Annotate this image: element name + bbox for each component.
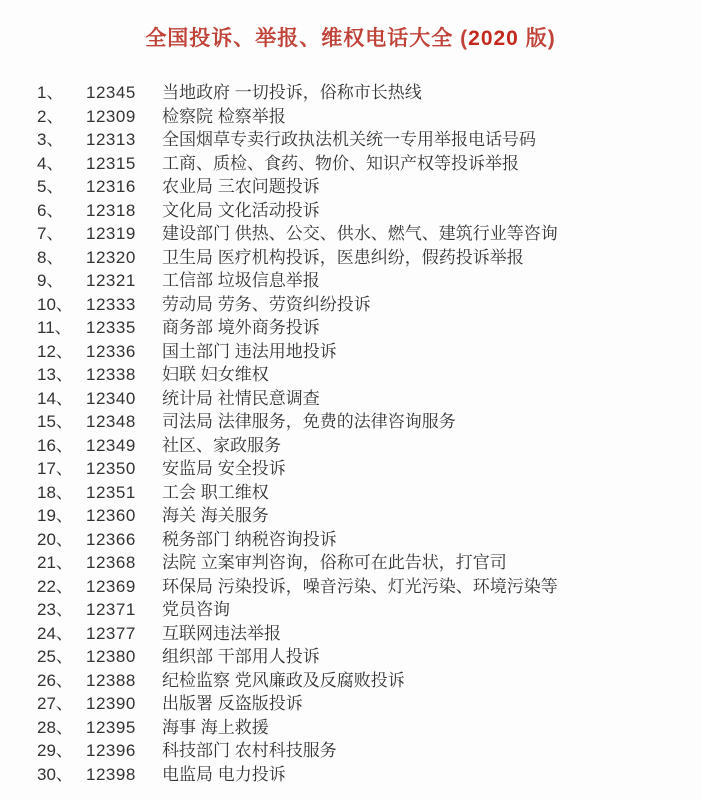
item-phone-number: 12366: [86, 528, 143, 552]
item-phone-number: 12309: [86, 105, 143, 129]
item-phone-number: 12318: [86, 199, 143, 223]
item-phone-number: 12388: [86, 669, 143, 693]
hotline-list-item: 26、 12388 纪检监察 党风廉政及反腐败投诉: [37, 669, 701, 693]
hotline-list-item: 12、 12336 国土部门 违法用地投诉: [37, 340, 701, 364]
item-description: 建设部门 供热、公交、供水、燃气、建筑行业等咨询: [162, 222, 701, 246]
item-index: 17、: [37, 457, 86, 481]
item-index: 3、: [37, 128, 86, 152]
item-index: 27、: [37, 692, 86, 716]
item-phone-number: 12360: [86, 504, 143, 528]
title-prefix: 全国投诉、举报、维权电话大全 (: [145, 27, 468, 50]
item-index: 5、: [37, 175, 86, 199]
hotline-list-item: 20、 12366 税务部门 纳税咨询投诉: [37, 528, 701, 552]
item-description: 出版署 反盗版投诉: [162, 692, 701, 716]
item-index: 28、: [37, 716, 86, 740]
item-description: 国土部门 违法用地投诉: [162, 340, 701, 364]
item-index: 16、: [37, 434, 86, 458]
item-index: 29、: [37, 739, 86, 763]
hotline-list-item: 29、 12396 科技部门 农村科技服务: [37, 739, 701, 763]
item-phone-number: 12320: [86, 246, 143, 270]
item-index: 23、: [37, 598, 86, 622]
hotline-list-item: 18、 12351 工会 职工维权: [37, 481, 701, 505]
title-year: 2020: [468, 27, 519, 50]
item-description: 全国烟草专卖行政执法机关统一专用举报电话号码: [162, 128, 701, 152]
item-phone-number: 12313: [86, 128, 143, 152]
item-description: 当地政府 一切投诉，俗称市长热线: [162, 81, 701, 105]
item-index: 19、: [37, 504, 86, 528]
hotline-list-item: 27、 12390 出版署 反盗版投诉: [37, 692, 701, 716]
item-index: 4、: [37, 152, 86, 176]
item-description: 科技部门 农村科技服务: [162, 739, 701, 763]
item-phone-number: 12315: [86, 152, 143, 176]
item-phone-number: 12398: [86, 763, 143, 787]
item-description: 卫生局 医疗机构投诉，医患纠纷，假药投诉举报: [162, 246, 701, 270]
item-description: 工会 职工维权: [162, 481, 701, 505]
hotline-list-item: 15、 12348 司法局 法律服务，免费的法律咨询服务: [37, 410, 701, 434]
item-description: 海事 海上救援: [162, 716, 701, 740]
item-index: 11、: [37, 316, 86, 340]
item-description: 统计局 社情民意调查: [162, 387, 701, 411]
item-index: 20、: [37, 528, 86, 552]
item-phone-number: 12316: [86, 175, 143, 199]
hotline-list-item: 24、 12377 互联网违法举报: [37, 622, 701, 646]
item-index: 9、: [37, 269, 86, 293]
item-description: 互联网违法举报: [162, 622, 701, 646]
item-index: 30、: [37, 763, 86, 787]
item-phone-number: 12390: [86, 692, 143, 716]
hotline-list-item: 11、 12335 商务部 境外商务投诉: [37, 316, 701, 340]
item-index: 12、: [37, 340, 86, 364]
item-description: 纪检监察 党风廉政及反腐败投诉: [162, 669, 701, 693]
hotline-list-item: 9、 12321 工信部 垃圾信息举报: [37, 269, 701, 293]
item-description: 环保局 污染投诉，噪音污染、灯光污染、环境污染等: [162, 575, 701, 599]
item-phone-number: 12340: [86, 387, 143, 411]
page-title: 全国投诉、举报、维权电话大全 (2020 版): [0, 0, 701, 52]
hotline-list-item: 21、 12368 法院 立案审判咨询，俗称可在此告状，打官司: [37, 551, 701, 575]
hotline-list-item: 8、 12320 卫生局 医疗机构投诉，医患纠纷，假药投诉举报: [37, 246, 701, 270]
item-index: 26、: [37, 669, 86, 693]
hotline-list-item: 14、 12340 统计局 社情民意调查: [37, 387, 701, 411]
item-index: 1、: [37, 81, 86, 105]
title-suffix: 版): [519, 27, 556, 50]
hotline-list-item: 5、 12316 农业局 三农问题投诉: [37, 175, 701, 199]
item-phone-number: 12368: [86, 551, 143, 575]
item-phone-number: 12396: [86, 739, 143, 763]
hotline-list-item: 19、 12360 海关 海关服务: [37, 504, 701, 528]
item-phone-number: 12349: [86, 434, 143, 458]
item-index: 10、: [37, 293, 86, 317]
item-index: 6、: [37, 199, 86, 223]
item-phone-number: 12348: [86, 410, 143, 434]
hotline-list-item: 22、 12369 环保局 污染投诉，噪音污染、灯光污染、环境污染等: [37, 575, 701, 599]
item-phone-number: 12321: [86, 269, 143, 293]
item-phone-number: 12319: [86, 222, 143, 246]
hotline-list-item: 3、 12313 全国烟草专卖行政执法机关统一专用举报电话号码: [37, 128, 701, 152]
hotline-list-item: 25、 12380 组织部 干部用人投诉: [37, 645, 701, 669]
item-description: 海关 海关服务: [162, 504, 701, 528]
item-description: 司法局 法律服务，免费的法律咨询服务: [162, 410, 701, 434]
item-index: 15、: [37, 410, 86, 434]
hotline-list-item: 2、 12309 检察院 检察举报: [37, 105, 701, 129]
hotline-list-item: 28、 12395 海事 海上救援: [37, 716, 701, 740]
item-phone-number: 12351: [86, 481, 143, 505]
item-description: 安监局 安全投诉: [162, 457, 701, 481]
hotline-list-item: 1、 12345 当地政府 一切投诉，俗称市长热线: [37, 81, 701, 105]
item-phone-number: 12377: [86, 622, 143, 646]
item-description: 法院 立案审判咨询，俗称可在此告状，打官司: [162, 551, 701, 575]
item-description: 检察院 检察举报: [162, 105, 701, 129]
item-description: 组织部 干部用人投诉: [162, 645, 701, 669]
hotline-list-item: 4、 12315 工商、质检、食药、物价、知识产权等投诉举报: [37, 152, 701, 176]
item-phone-number: 12395: [86, 716, 143, 740]
hotline-list-item: 13、 12338 妇联 妇女维权: [37, 363, 701, 387]
item-index: 2、: [37, 105, 86, 129]
item-description: 文化局 文化活动投诉: [162, 199, 701, 223]
item-description: 社区、家政服务: [162, 434, 701, 458]
item-description: 农业局 三农问题投诉: [162, 175, 701, 199]
item-phone-number: 12350: [86, 457, 143, 481]
item-description: 税务部门 纳税咨询投诉: [162, 528, 701, 552]
item-phone-number: 12338: [86, 363, 143, 387]
item-index: 22、: [37, 575, 86, 599]
hotline-list-item: 10、 12333 劳动局 劳务、劳资纠纷投诉: [37, 293, 701, 317]
item-description: 党员咨询: [162, 598, 701, 622]
item-description: 商务部 境外商务投诉: [162, 316, 701, 340]
item-phone-number: 12345: [86, 81, 143, 105]
item-index: 13、: [37, 363, 86, 387]
item-description: 妇联 妇女维权: [162, 363, 701, 387]
item-phone-number: 12371: [86, 598, 143, 622]
item-index: 18、: [37, 481, 86, 505]
item-description: 劳动局 劳务、劳资纠纷投诉: [162, 293, 701, 317]
item-index: 8、: [37, 246, 86, 270]
item-index: 7、: [37, 222, 86, 246]
item-phone-number: 12380: [86, 645, 143, 669]
hotline-list-item: 6、 12318 文化局 文化活动投诉: [37, 199, 701, 223]
hotline-list-item: 30、 12398 电监局 电力投诉: [37, 763, 701, 787]
item-description: 工商、质检、食药、物价、知识产权等投诉举报: [162, 152, 701, 176]
item-index: 14、: [37, 387, 86, 411]
item-index: 21、: [37, 551, 86, 575]
item-index: 25、: [37, 645, 86, 669]
item-phone-number: 12333: [86, 293, 143, 317]
hotline-list-item: 7、 12319 建设部门 供热、公交、供水、燃气、建筑行业等咨询: [37, 222, 701, 246]
hotline-list-item: 16、 12349 社区、家政服务: [37, 434, 701, 458]
item-phone-number: 12335: [86, 316, 143, 340]
document-page: 全国投诉、举报、维权电话大全 (2020 版) 1、 12345 当地政府 一切…: [0, 0, 701, 800]
hotline-list: 1、 12345 当地政府 一切投诉，俗称市长热线 2、 12309 检察院 检…: [0, 81, 701, 786]
item-index: 24、: [37, 622, 86, 646]
item-phone-number: 12369: [86, 575, 143, 599]
item-description: 工信部 垃圾信息举报: [162, 269, 701, 293]
hotline-list-item: 17、 12350 安监局 安全投诉: [37, 457, 701, 481]
item-phone-number: 12336: [86, 340, 143, 364]
item-description: 电监局 电力投诉: [162, 763, 701, 787]
hotline-list-item: 23、 12371 党员咨询: [37, 598, 701, 622]
